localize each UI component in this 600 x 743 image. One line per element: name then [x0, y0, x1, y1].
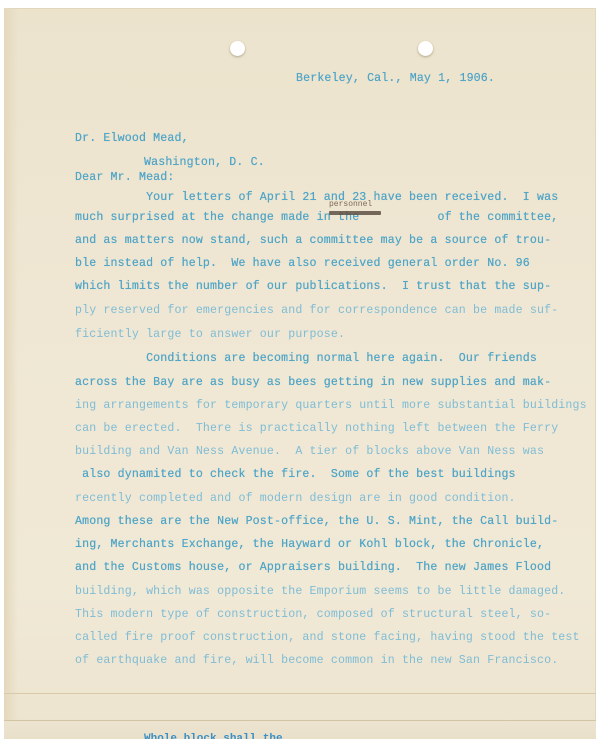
body-line: ing arrangements for temporary quarters …	[75, 399, 587, 412]
body-line: ble instead of help. We have also receiv…	[75, 257, 530, 270]
recipient-location: Washington, D. C.	[144, 156, 265, 169]
salutation: Dear Mr. Mead:	[75, 171, 175, 184]
cut-off-text: Whole block shall the...	[144, 733, 364, 739]
body-line: building, which was opposite the Emporiu…	[75, 585, 565, 598]
interlinear-correction: personnel	[329, 200, 372, 209]
body-line: Among these are the New Post-office, the…	[75, 515, 558, 528]
body-line: Conditions are becoming normal here agai…	[75, 352, 537, 365]
body-line: across the Bay are as busy as bees getti…	[75, 376, 551, 389]
punch-hole-left	[230, 41, 245, 56]
body-line: can be erected. There is practically not…	[75, 422, 558, 435]
letter-page: Berkeley, Cal., May 1, 1906. Dr. Elwood …	[4, 8, 596, 736]
body-line: This modern type of construction, compos…	[75, 608, 551, 621]
body-line: Your letters of April 21 and 23 have bee…	[75, 191, 558, 204]
struck-out-word	[329, 211, 381, 215]
punch-hole-right	[418, 41, 433, 56]
body-line: called fire proof construction, and ston…	[75, 631, 580, 644]
body-line: also dynamited to check the fire. Some o…	[75, 468, 516, 481]
paper-fold-line	[4, 693, 596, 694]
body-line: ficiently large to answer our purpose.	[75, 328, 345, 341]
body-line: building and Van Ness Avenue. A tier of …	[75, 445, 544, 458]
body-line: and the Customs house, or Appraisers bui…	[75, 561, 551, 574]
folded-bottom-strip: Whole block shall the...	[4, 720, 596, 739]
body-line: which limits the number of our publicati…	[75, 280, 551, 293]
dateline: Berkeley, Cal., May 1, 1906.	[296, 72, 495, 85]
body-line: and as matters now stand, such a committ…	[75, 234, 551, 247]
body-line: ing, Merchants Exchange, the Hayward or …	[75, 538, 544, 551]
body-line: of earthquake and fire, will become comm…	[75, 654, 558, 667]
body-line: ply reserved for emergencies and for cor…	[75, 304, 558, 317]
recipient-name: Dr. Elwood Mead,	[75, 132, 189, 145]
body-line: recently completed and of modern design …	[75, 492, 516, 505]
body-line: much surprised at the change made in the…	[75, 211, 558, 224]
